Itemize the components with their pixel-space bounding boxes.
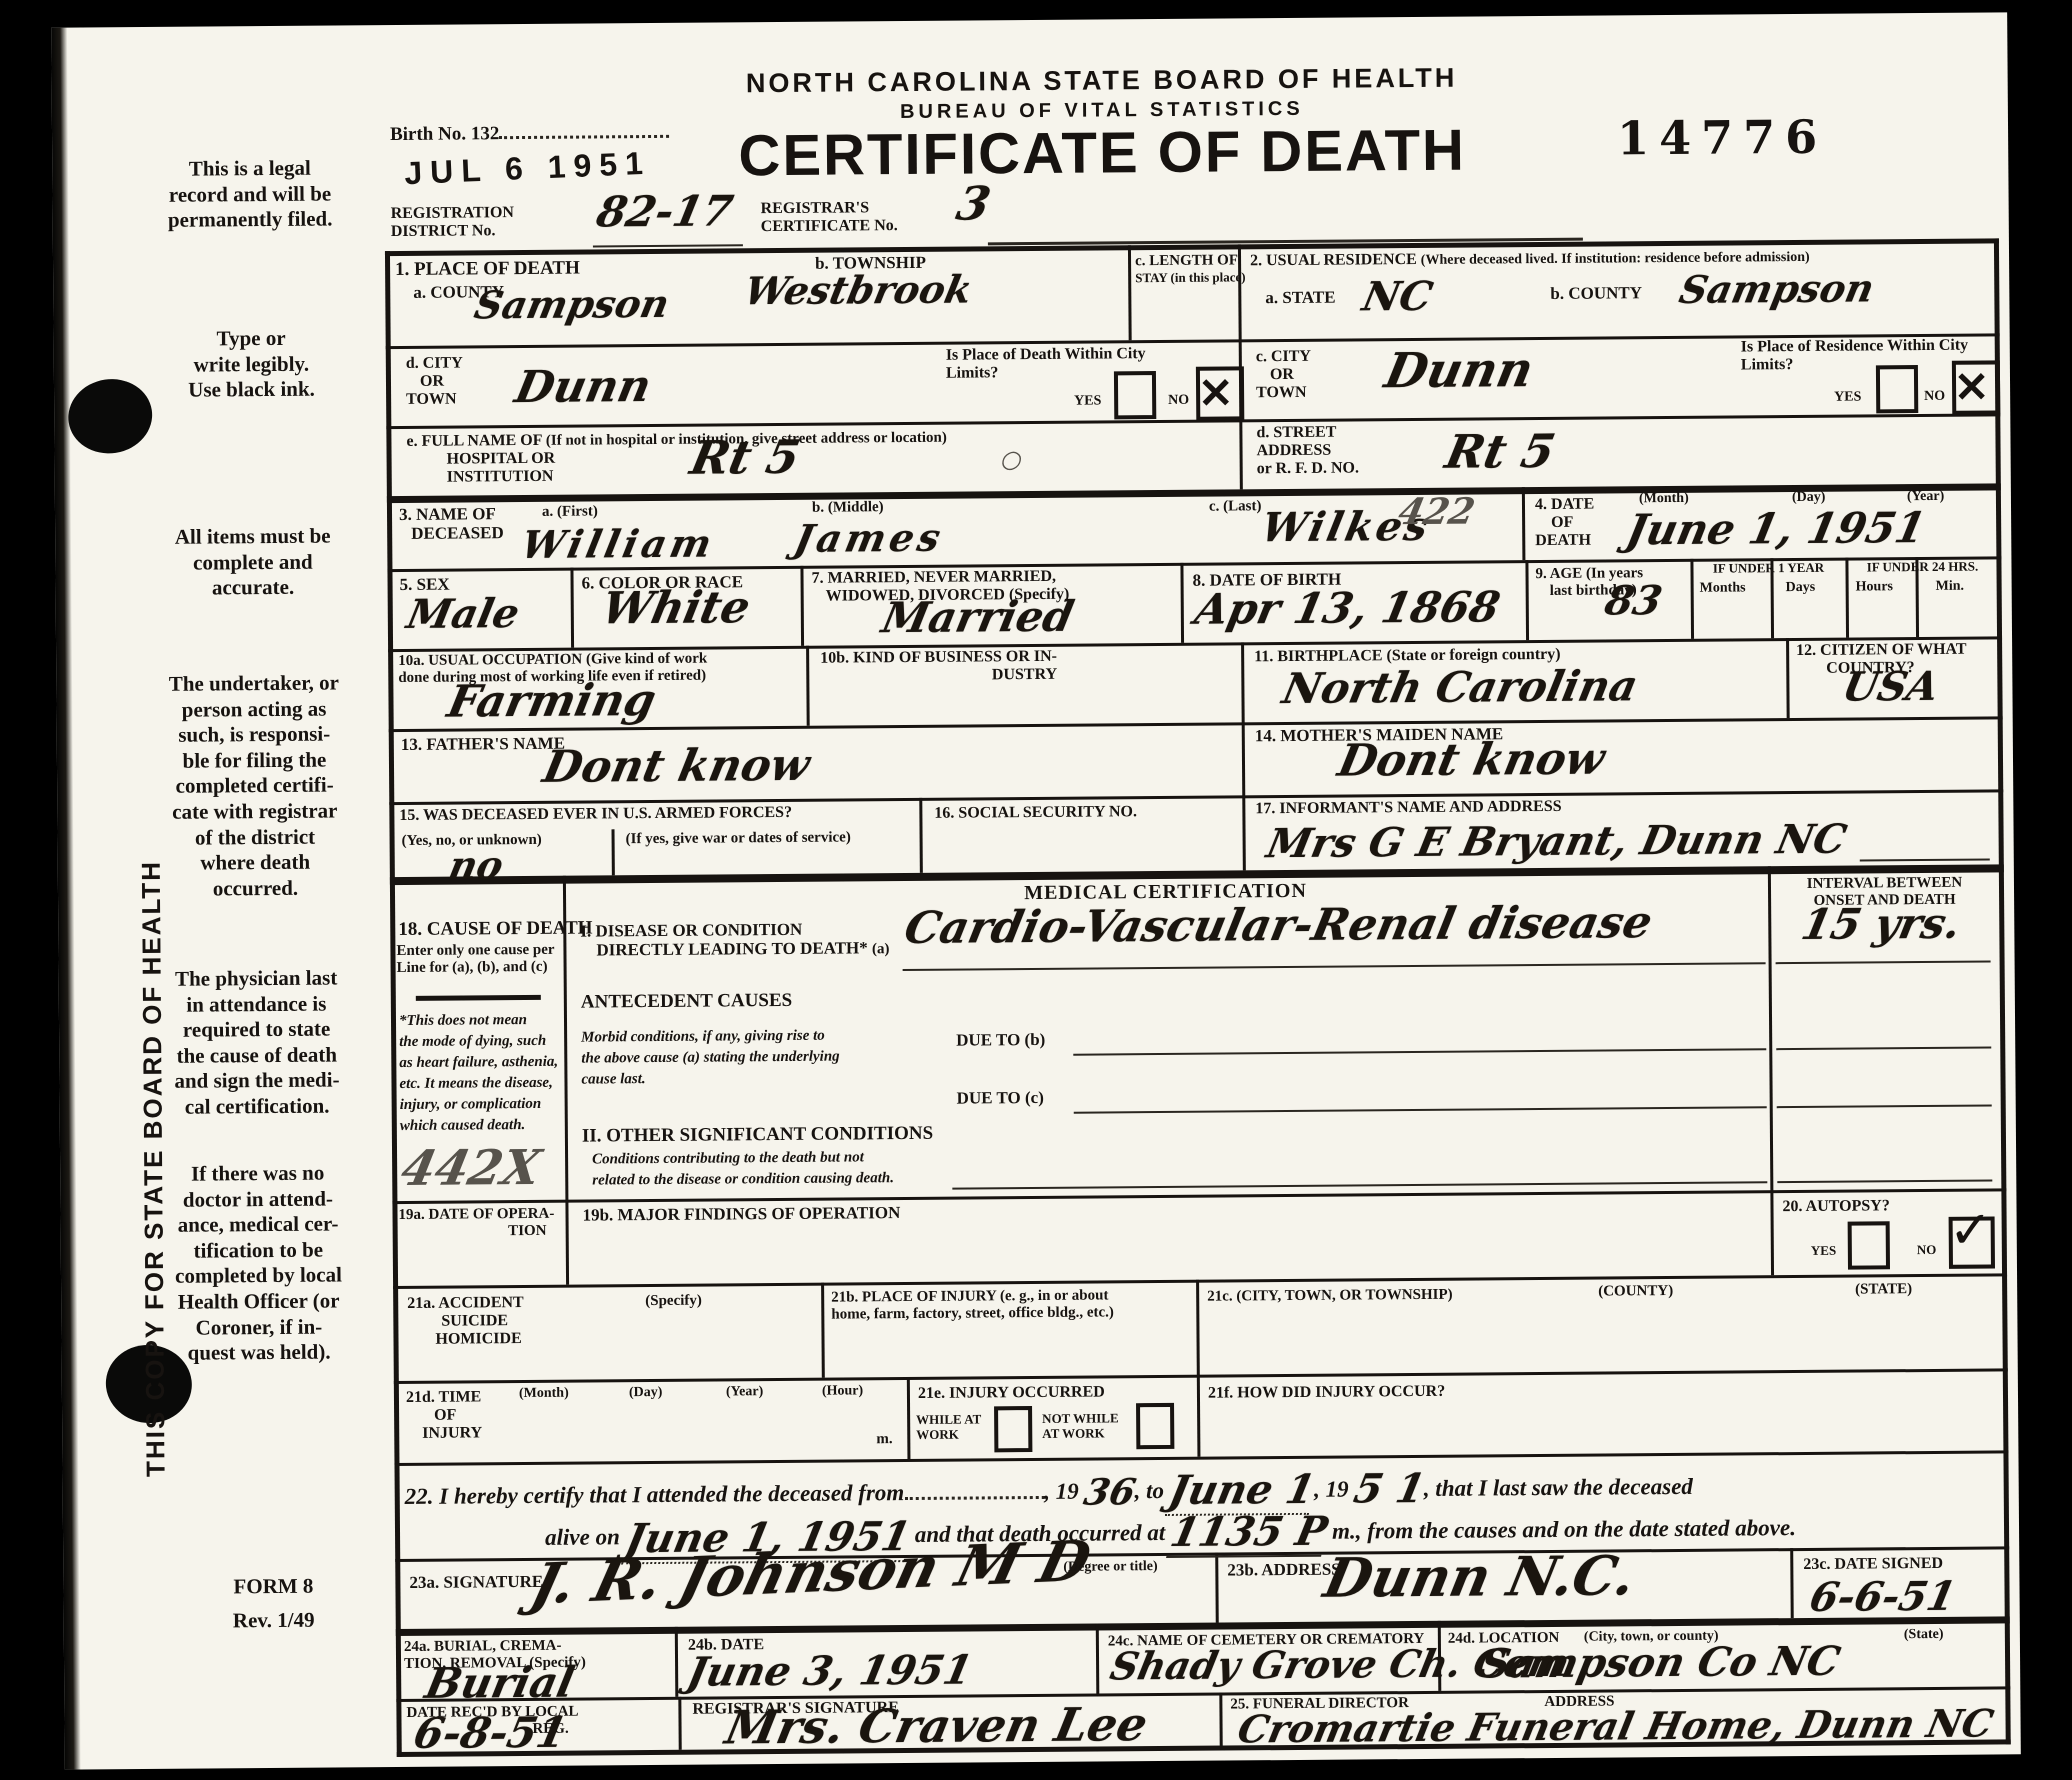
cause-of-death-label: 18. CAUSE OF DEATH	[398, 917, 592, 940]
grid-line	[800, 566, 804, 646]
certificate-number: 14776	[1617, 110, 1827, 166]
check-mark-icon: ✓	[1948, 1201, 1992, 1261]
margin-note-legal: This is a legal record and will be perma…	[127, 155, 373, 234]
scanned-death-certificate: THIS COPY FOR STATE BOARD OF HEALTH This…	[0, 0, 2072, 1780]
while-at-work-label: WHILE ATWORK	[916, 1412, 981, 1442]
not1: NOT WHILE	[1042, 1410, 1119, 1426]
middle-name-value: James	[791, 515, 949, 561]
grid-line	[570, 568, 574, 648]
residence-limits-no-label: NO	[1924, 389, 1945, 405]
grid-line	[919, 798, 923, 873]
months-label: Months	[1700, 580, 1746, 596]
grid-line	[394, 1368, 2008, 1384]
county-value: Sampson	[471, 281, 673, 328]
r-limits-q2: Limits?	[1741, 356, 1794, 373]
injury-day-label: (Day)	[629, 1385, 663, 1401]
disease-value: Cardio-Vascular-Renal disease	[900, 897, 1656, 954]
inj-d3: INJURY	[422, 1424, 482, 1441]
funeral-director-value: Cromartie Funeral Home, Dunn NC	[1234, 1700, 1997, 1751]
stay-l1: c. LENGTH OF	[1135, 252, 1238, 269]
birthplace-value: North Carolina	[1278, 661, 1642, 713]
certify-p4: , 19	[1314, 1477, 1349, 1502]
injury-county-label: (COUNTY)	[1598, 1283, 1673, 1300]
under-1-year-label: IF UNDER 1 YEAR	[1693, 561, 1843, 577]
residence-label-paren: (Where deceased lived. If institution: r…	[1421, 250, 1810, 268]
state-value: NC	[1359, 273, 1437, 321]
grid-line	[396, 1686, 2010, 1702]
city-l3: TOWN	[406, 390, 457, 407]
ssn-label: 16. SOCIAL SECURITY NO.	[934, 803, 1137, 822]
grid-line	[385, 251, 402, 1757]
inj-b2: home, farm, factory, street, office bldg…	[831, 1304, 1114, 1322]
time-of-injury-label: 21d. TIMEOFINJURY	[406, 1388, 482, 1442]
armed-forces-value: no	[445, 842, 507, 887]
grid-line	[806, 646, 810, 726]
not2: AT WORK	[1042, 1425, 1105, 1440]
hospital-value: Rt 5	[686, 430, 805, 485]
father-value: Dont know	[539, 740, 814, 793]
dod-l2: OF	[1551, 514, 1573, 531]
sex-value: Male	[403, 590, 523, 638]
street-l1: d. STREET	[1256, 424, 1336, 442]
injury-city-label: 21c. (CITY, TOWN, OR TOWNSHIP)	[1207, 1287, 1453, 1306]
occupation-value: Farming	[443, 675, 660, 728]
inj-a1: 21a. ACCIDENT	[407, 1294, 524, 1312]
grid-line	[907, 1377, 911, 1459]
birth-number-text: Birth No. 132	[390, 123, 499, 145]
grid-line	[678, 1697, 681, 1750]
not-while-at-work-checkbox	[1136, 1403, 1174, 1449]
date-of-death-label: 4. DATEOFDEATH	[1535, 496, 1595, 550]
street-l3: or R. F. D. NO.	[1257, 459, 1359, 477]
location-state-label: (State)	[1904, 1627, 1944, 1643]
margin-note-doctor: If there was no doctor in attend- ance, …	[135, 1160, 382, 1367]
interval-value: 15 yrs.	[1797, 899, 1965, 949]
r-limits-q1: Is Place of Residence Within City	[1741, 337, 1969, 356]
days-label: Days	[1786, 580, 1816, 596]
other-conditions-label: II. OTHER SIGNIFICANT CONDITIONS	[582, 1123, 933, 1147]
street-label: d. STREETADDRESSor R. F. D. NO.	[1256, 423, 1359, 478]
inj-d2: OF	[434, 1406, 456, 1423]
limits-q2: Limits?	[946, 364, 999, 381]
place-of-injury-label: 21b. PLACE OF INJURY (e. g., in or about…	[831, 1287, 1114, 1323]
autopsy-label: 20. AUTOPSY?	[1782, 1197, 1889, 1216]
first-name-label: a. (First)	[542, 503, 598, 520]
burial-date-value: June 3, 1951	[683, 1646, 976, 1695]
death-limits-no-label: NO	[1168, 393, 1189, 409]
hosp-l2: HOSPITAL OR	[447, 450, 556, 468]
last-name-label: c. (Last)	[1209, 498, 1262, 515]
death-limits-yes-checkbox	[1114, 371, 1156, 419]
grid-line	[1994, 238, 2011, 1744]
op-l1: 19a. DATE OF OPERA-	[398, 1206, 554, 1223]
location-value: Sampson Co NC	[1476, 1638, 1844, 1688]
page-title: CERTIFICATE OF DEATH	[532, 115, 1672, 191]
mother-value: Dont know	[1334, 733, 1609, 786]
autopsy-yes-label: YES	[1811, 1244, 1836, 1259]
writing-line	[1776, 1047, 1991, 1051]
inj-b1: 21b. PLACE OF INJURY (e. g., in or about	[831, 1287, 1108, 1305]
grid-line	[1522, 487, 1526, 560]
certify-p6: alive on	[545, 1524, 620, 1550]
signature-label: 23a. SIGNATURE	[409, 1572, 543, 1592]
autopsy-no-label: NO	[1917, 1243, 1937, 1258]
marital-value: Married	[878, 592, 1078, 643]
registrar-l1: REGISTRAR'S	[761, 199, 870, 217]
writing-line	[1776, 961, 1991, 965]
city-l1: d. CITY	[406, 354, 463, 371]
date-of-operation-label: 19a. DATE OF OPERA-TION	[398, 1206, 554, 1241]
certificate-paper: THIS COPY FOR STATE BOARD OF HEALTH This…	[51, 12, 2021, 1769]
while2: WORK	[916, 1426, 959, 1441]
armed-sub2: (If yes, give war or dates of service)	[626, 829, 851, 848]
township-value: Westbrook	[741, 266, 977, 313]
bus-l1: 10b. KIND OF BUSINESS OR IN-	[820, 648, 1057, 667]
address-label: 23b. ADDRESS	[1227, 1560, 1341, 1580]
how-injury-occurred-label: 21f. HOW DID INJURY OCCUR?	[1208, 1383, 1445, 1403]
certify-p3: , to	[1135, 1478, 1165, 1503]
due-to-c-label: DUE TO (c)	[957, 1088, 1044, 1108]
registration-district-label: REGISTRATIONDISTRICT No.	[391, 204, 515, 241]
r-city-l3: TOWN	[1256, 384, 1307, 401]
bus-l2: DUSTRY	[820, 666, 1057, 686]
grid-line	[1525, 560, 1529, 640]
grid-line	[1196, 1280, 1200, 1457]
grid-line	[675, 1627, 679, 1697]
injury-occurred-label: 21e. INJURY OCCURRED	[918, 1383, 1105, 1402]
marital-l1: 7. MARRIED, NEVER MARRIED,	[811, 568, 1056, 587]
injury-state-label: (STATE)	[1855, 1281, 1912, 1298]
race-value: White	[598, 582, 755, 634]
cause-sub2: Line for (a), (b), and (c)	[397, 959, 548, 976]
stay-l2: STAY (in this place)	[1135, 269, 1246, 285]
grid-line	[821, 1283, 825, 1378]
middle-name-label: b. (Middle)	[812, 499, 884, 516]
cit-l1: 12. CITIZEN OF WHAT	[1796, 641, 1967, 659]
margin-note-items: All items must be complete and accurate.	[130, 523, 376, 602]
certify-p1: 22. I hereby certify that I attended the…	[405, 1480, 905, 1509]
rule	[416, 995, 541, 1001]
burial-l1: 24a. BURIAL, CREMA-	[404, 1638, 562, 1655]
registrar-certificate-label: REGISTRAR'SCERTIFICATE No.	[761, 199, 898, 236]
grid-line	[612, 829, 615, 875]
grid-line	[1790, 1548, 1794, 1618]
occ-l1: 10a. USUAL OCCUPATION (Give kind of work	[398, 651, 707, 669]
pencil-circle-mark: ○	[999, 444, 1026, 473]
due-to-b-label: DUE TO (b)	[956, 1030, 1045, 1050]
hospital-label: e. FULL NAME OF (If not in hospital or i…	[406, 429, 947, 487]
first-name-value: William	[518, 520, 720, 567]
certify-time: 1135 P	[1166, 1508, 1331, 1558]
date-of-death-value: June 1, 1951	[1622, 503, 1930, 554]
form-table: 1. PLACE OF DEATH a. COUNTY Sampson b. T…	[385, 238, 2011, 1757]
torn-edge	[51, 28, 81, 1770]
city-label: d. CITYORTOWN	[406, 354, 463, 408]
disease-l1: I. DISEASE OR CONDITION	[580, 920, 802, 941]
inj-a3: HOMICIDE	[435, 1330, 521, 1348]
hosp-l1: e. FULL NAME OF	[406, 432, 542, 450]
hosp-l3: INSTITUTION	[447, 468, 554, 486]
grid-line	[1786, 638, 1790, 718]
injury-m-label: m.	[876, 1431, 892, 1448]
injury-year-label: (Year)	[726, 1384, 763, 1400]
burial-value: Burial	[421, 1658, 578, 1708]
grid-line	[393, 1273, 2007, 1289]
certify-p5: , that I last saw the deceased	[1424, 1474, 1693, 1501]
rule	[1860, 859, 1990, 862]
disease-l2: DIRECTLY LEADING TO DEATH*	[596, 938, 867, 959]
board-title: NORTH CAROLINA STATE BOARD OF HEALTH	[552, 61, 1652, 101]
business-label: 10b. KIND OF BUSINESS OR IN-DUSTRY	[820, 648, 1057, 686]
informant-value: Mrs G E Bryant, Dunn NC	[1263, 816, 1851, 868]
writing-line	[952, 1181, 1767, 1189]
registrar-l2: CERTIFICATE No.	[761, 217, 898, 235]
date-signed-label: 23c. DATE SIGNED	[1803, 1555, 1943, 1574]
street-value: Rt 5	[1441, 424, 1560, 479]
writing-line	[903, 962, 1766, 971]
inj-d1: 21d. TIME	[406, 1388, 481, 1406]
address-value: Dunn N.C.	[1319, 1543, 1641, 1610]
grid-line	[394, 1450, 2008, 1466]
name-l2: DECEASED	[411, 523, 504, 543]
x-mark-icon: ✕	[1954, 362, 1990, 412]
certify-p8: m., from the causes and on the date stat…	[1332, 1515, 1796, 1544]
death-limits-yes-label: YES	[1074, 393, 1101, 409]
length-of-stay-label: c. LENGTH OFSTAY (in this place)	[1135, 252, 1246, 286]
certify-p2: , 19	[1044, 1479, 1079, 1504]
city-value: Dunn	[511, 361, 656, 413]
residence-city-label: c. CITYORTOWN	[1256, 348, 1312, 402]
cause-sub: Enter only one cause perLine for (a), (b…	[396, 942, 554, 977]
grid-line	[1128, 245, 1132, 340]
disease-a: (a)	[872, 941, 890, 957]
blank-line	[904, 1476, 1044, 1500]
writing-line	[1073, 1048, 1766, 1055]
interval-l1: INTERVAL BETWEEN	[1807, 875, 1963, 892]
residence-limits-yes-label: YES	[1834, 390, 1861, 406]
date-of-birth-value: Apr 13, 1868	[1191, 582, 1504, 633]
major-findings-label: 19b. MAJOR FINDINGS OF OPERATION	[582, 1203, 900, 1225]
accident-suicide-homicide-label: 21a. ACCIDENTSUICIDEHOMICIDE	[407, 1294, 524, 1349]
armed-forces-label: 15. WAS DECEASED EVER IN U.S. ARMED FORC…	[399, 804, 792, 825]
cause-note: *This does not mean the mode of dying, s…	[399, 1010, 565, 1137]
writing-line	[1777, 1179, 1992, 1183]
last-name-code: 422	[1395, 491, 1479, 534]
grid-line	[387, 483, 2001, 503]
disease-label: I. DISEASE OR CONDITIONDIRECTLY LEADING …	[580, 919, 889, 960]
degree-or-title-label: (Degree or title)	[1063, 1559, 1157, 1575]
margin-note-type: Type or write legibly. Use black ink.	[129, 325, 375, 404]
residence-county-label: b. COUNTY	[1550, 283, 1642, 303]
limits-q1: Is Place of Death Within City	[946, 345, 1146, 364]
grid-line	[388, 636, 2002, 652]
grid-line	[386, 413, 2000, 429]
residence-limits-question: Is Place of Residence Within CityLimits?	[1741, 337, 1969, 375]
inj-a2: SUICIDE	[441, 1312, 508, 1330]
autopsy-yes-checkbox	[1848, 1221, 1890, 1269]
cause-code-value: 442X	[396, 1140, 545, 1197]
date-received-value: 6-8-51	[410, 1708, 572, 1758]
form-number: FORM 8	[173, 1573, 373, 1600]
while1: WHILE AT	[916, 1411, 981, 1427]
cause-sub1: Enter only one cause per	[396, 942, 554, 959]
residence-label-main: 2. USUAL RESIDENCE	[1250, 251, 1417, 269]
r-city-l2: OR	[1270, 366, 1294, 383]
citizen-value: USA	[1839, 663, 1943, 711]
margin-note-undertaker: The undertaker, or person acting as such…	[131, 670, 378, 902]
registration-l2: DISTRICT No.	[391, 222, 496, 240]
writing-line	[1074, 1106, 1767, 1113]
antecedent-label: ANTECEDENT CAUSES	[581, 990, 793, 1013]
grid-line	[1768, 866, 1774, 1275]
certify-to-year: 5 1	[1349, 1465, 1428, 1513]
not-while-at-work-label: NOT WHILEAT WORK	[1042, 1411, 1119, 1441]
father-label: 13. FATHER'S NAME	[401, 734, 565, 754]
writing-line	[1777, 1105, 1992, 1109]
residence-limits-yes-checkbox	[1876, 365, 1918, 413]
other-conditions-note: Conditions contributing to the death but…	[592, 1146, 992, 1191]
min-label: Min.	[1936, 579, 1965, 595]
dod-l1: 4. DATE	[1535, 496, 1594, 513]
residence-city-value: Dunn	[1380, 342, 1538, 399]
grid-line	[1096, 1624, 1100, 1694]
place-of-death-label: 1. PLACE OF DEATH	[395, 258, 580, 281]
residence-county-value: Sampson	[1676, 265, 1878, 312]
informant-label: 17. INFORMANT'S NAME AND ADDRESS	[1255, 798, 1561, 818]
grid-line	[1180, 563, 1184, 643]
name-l1: 3. NAME OF	[399, 504, 496, 524]
margin-note-physician: The physician last in attendance is requ…	[134, 965, 380, 1121]
registrar-signature-value: Mrs. Craven Lee	[721, 1697, 1152, 1754]
injury-hour-label: (Hour)	[822, 1383, 863, 1399]
while-at-work-checkbox	[994, 1406, 1032, 1452]
rule	[593, 244, 743, 247]
age-value: 83	[1601, 577, 1666, 625]
state-label: a. STATE	[1265, 288, 1335, 308]
form-revision: Rev. 1/49	[174, 1607, 374, 1634]
name-label: 3. NAME OFDECEASED	[399, 504, 504, 543]
morbid-note: Morbid conditions, if any, giving rise t…	[581, 1025, 941, 1091]
x-mark-icon: ✕	[1198, 368, 1234, 418]
dod-l3: DEATH	[1535, 531, 1591, 548]
registration-l1: REGISTRATION	[391, 204, 514, 222]
specify-label: (Specify)	[645, 1293, 702, 1310]
r-city-l1: c. CITY	[1256, 348, 1311, 365]
date-signed-value: 6-6-51	[1806, 1573, 1960, 1621]
under-24-hrs-label: IF UNDER 24 HRS.	[1848, 559, 1996, 575]
grid-line	[1241, 642, 1246, 870]
registration-district-value: 82-17	[593, 186, 737, 236]
grid-line	[1215, 1553, 1219, 1623]
op-l2: TION	[399, 1223, 547, 1241]
street-l2: ADDRESS	[1256, 442, 1331, 460]
grid-line	[1219, 1693, 1222, 1746]
city-l2: OR	[420, 373, 444, 390]
hours-label: Hours	[1856, 579, 1893, 595]
injury-month-label: (Month)	[519, 1386, 569, 1402]
certify-from-year: 36	[1080, 1471, 1139, 1513]
